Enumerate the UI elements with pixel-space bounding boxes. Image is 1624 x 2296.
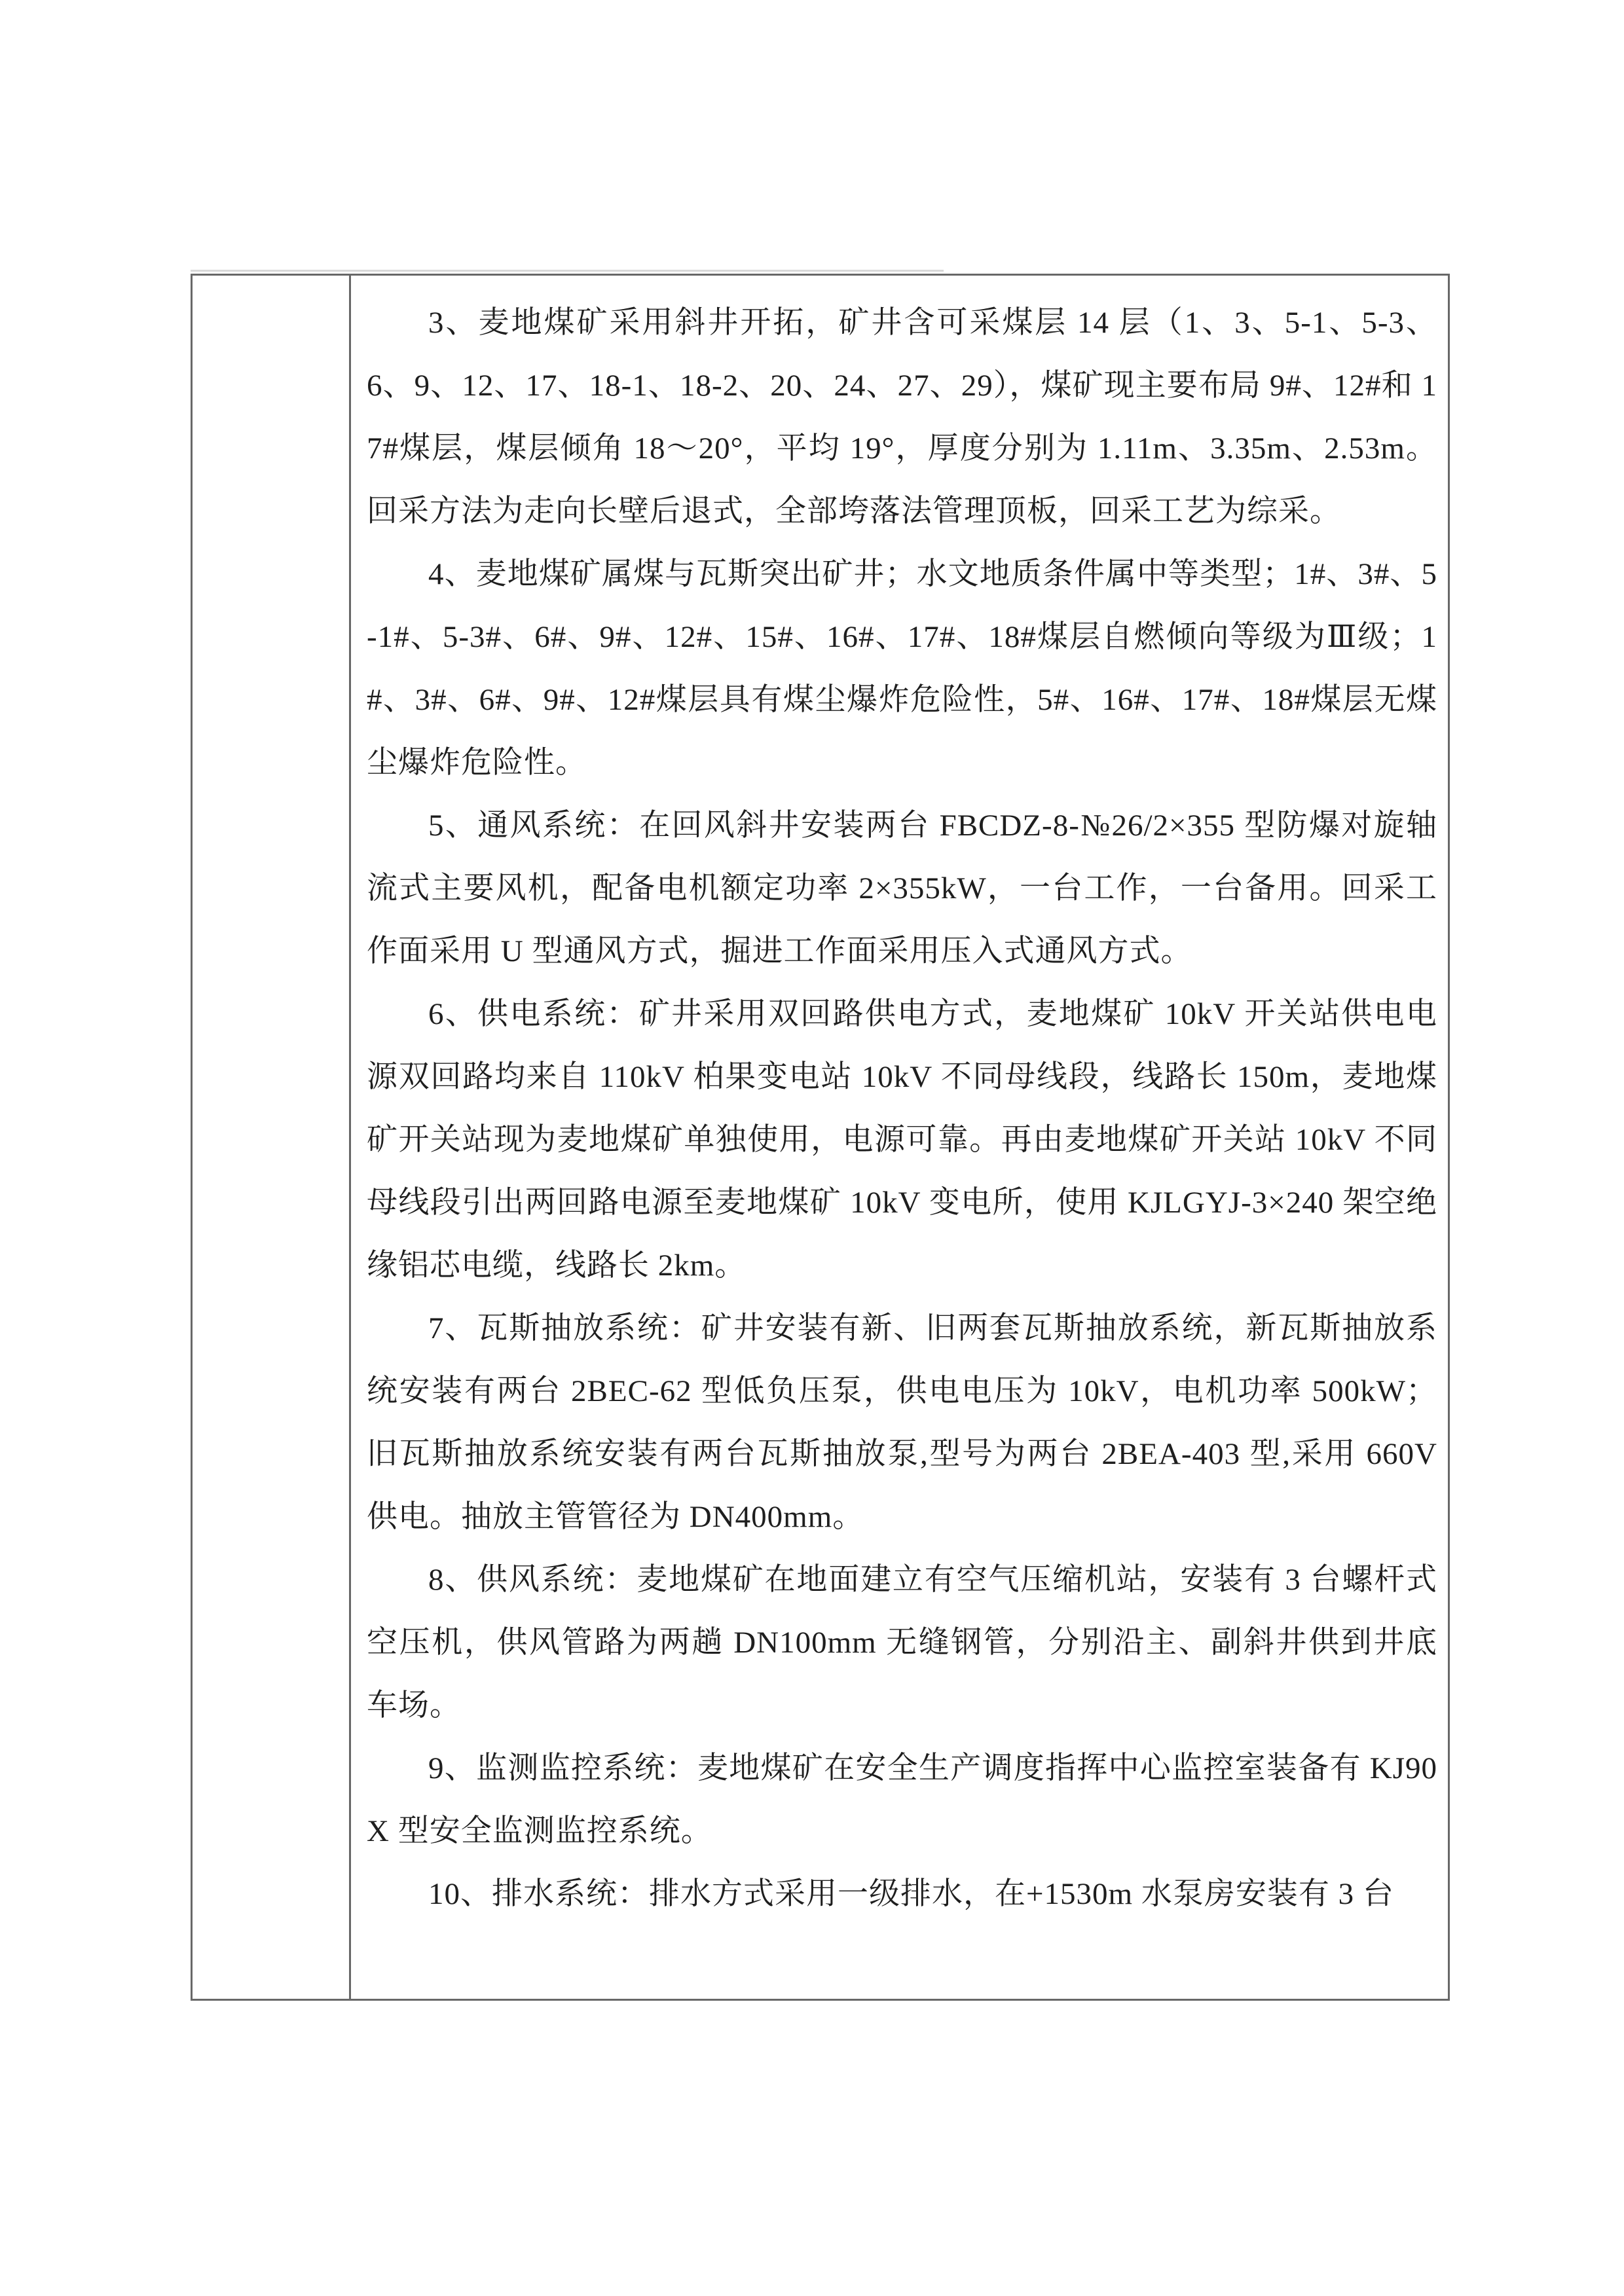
report-table: 3、麦地煤矿采用斜井开拓，矿井含可采煤层 14 层（1、3、5-1、5-3、6、… [191, 274, 1450, 2001]
paragraph-7-gas-drainage-system: 7、瓦斯抽放系统：矿井安装有新、旧两套瓦斯抽放系统，新瓦斯抽放系统安装有两台 2… [367, 1297, 1437, 1548]
paragraph-5-ventilation-system: 5、通风系统：在回风斜井安装两台 FBCDZ-8-№26/2×355 型防爆对旋… [367, 794, 1437, 983]
table-content-cell: 3、麦地煤矿采用斜井开拓，矿井含可采煤层 14 层（1、3、5-1、5-3、6、… [351, 276, 1448, 1999]
paragraph-3-mine-development-and-seams: 3、麦地煤矿采用斜井开拓，矿井含可采煤层 14 层（1、3、5-1、5-3、6、… [367, 291, 1437, 543]
paragraph-4-gas-outburst-and-dust-hazard: 4、麦地煤矿属煤与瓦斯突出矿井；水文地质条件属中等类型；1#、3#、5-1#、5… [367, 543, 1437, 794]
paragraph-6-power-supply-system: 6、供电系统：矿井采用双回路供电方式，麦地煤矿 10kV 开关站供电电源双回路均… [367, 983, 1437, 1297]
paragraph-10-drainage-system: 10、排水系统：排水方式采用一级排水，在+1530m 水泵房安装有 3 台 [367, 1863, 1437, 1925]
paragraph-8-air-supply-system: 8、供风系统：麦地煤矿在地面建立有空气压缩机站，安装有 3 台螺杆式空压机，供风… [367, 1548, 1437, 1737]
paragraph-9-monitoring-system: 9、监测监控系统：麦地煤矿在安全生产调度指挥中心监控室装备有 KJ90X 型安全… [367, 1737, 1437, 1863]
table-left-header-cell [193, 276, 351, 1999]
